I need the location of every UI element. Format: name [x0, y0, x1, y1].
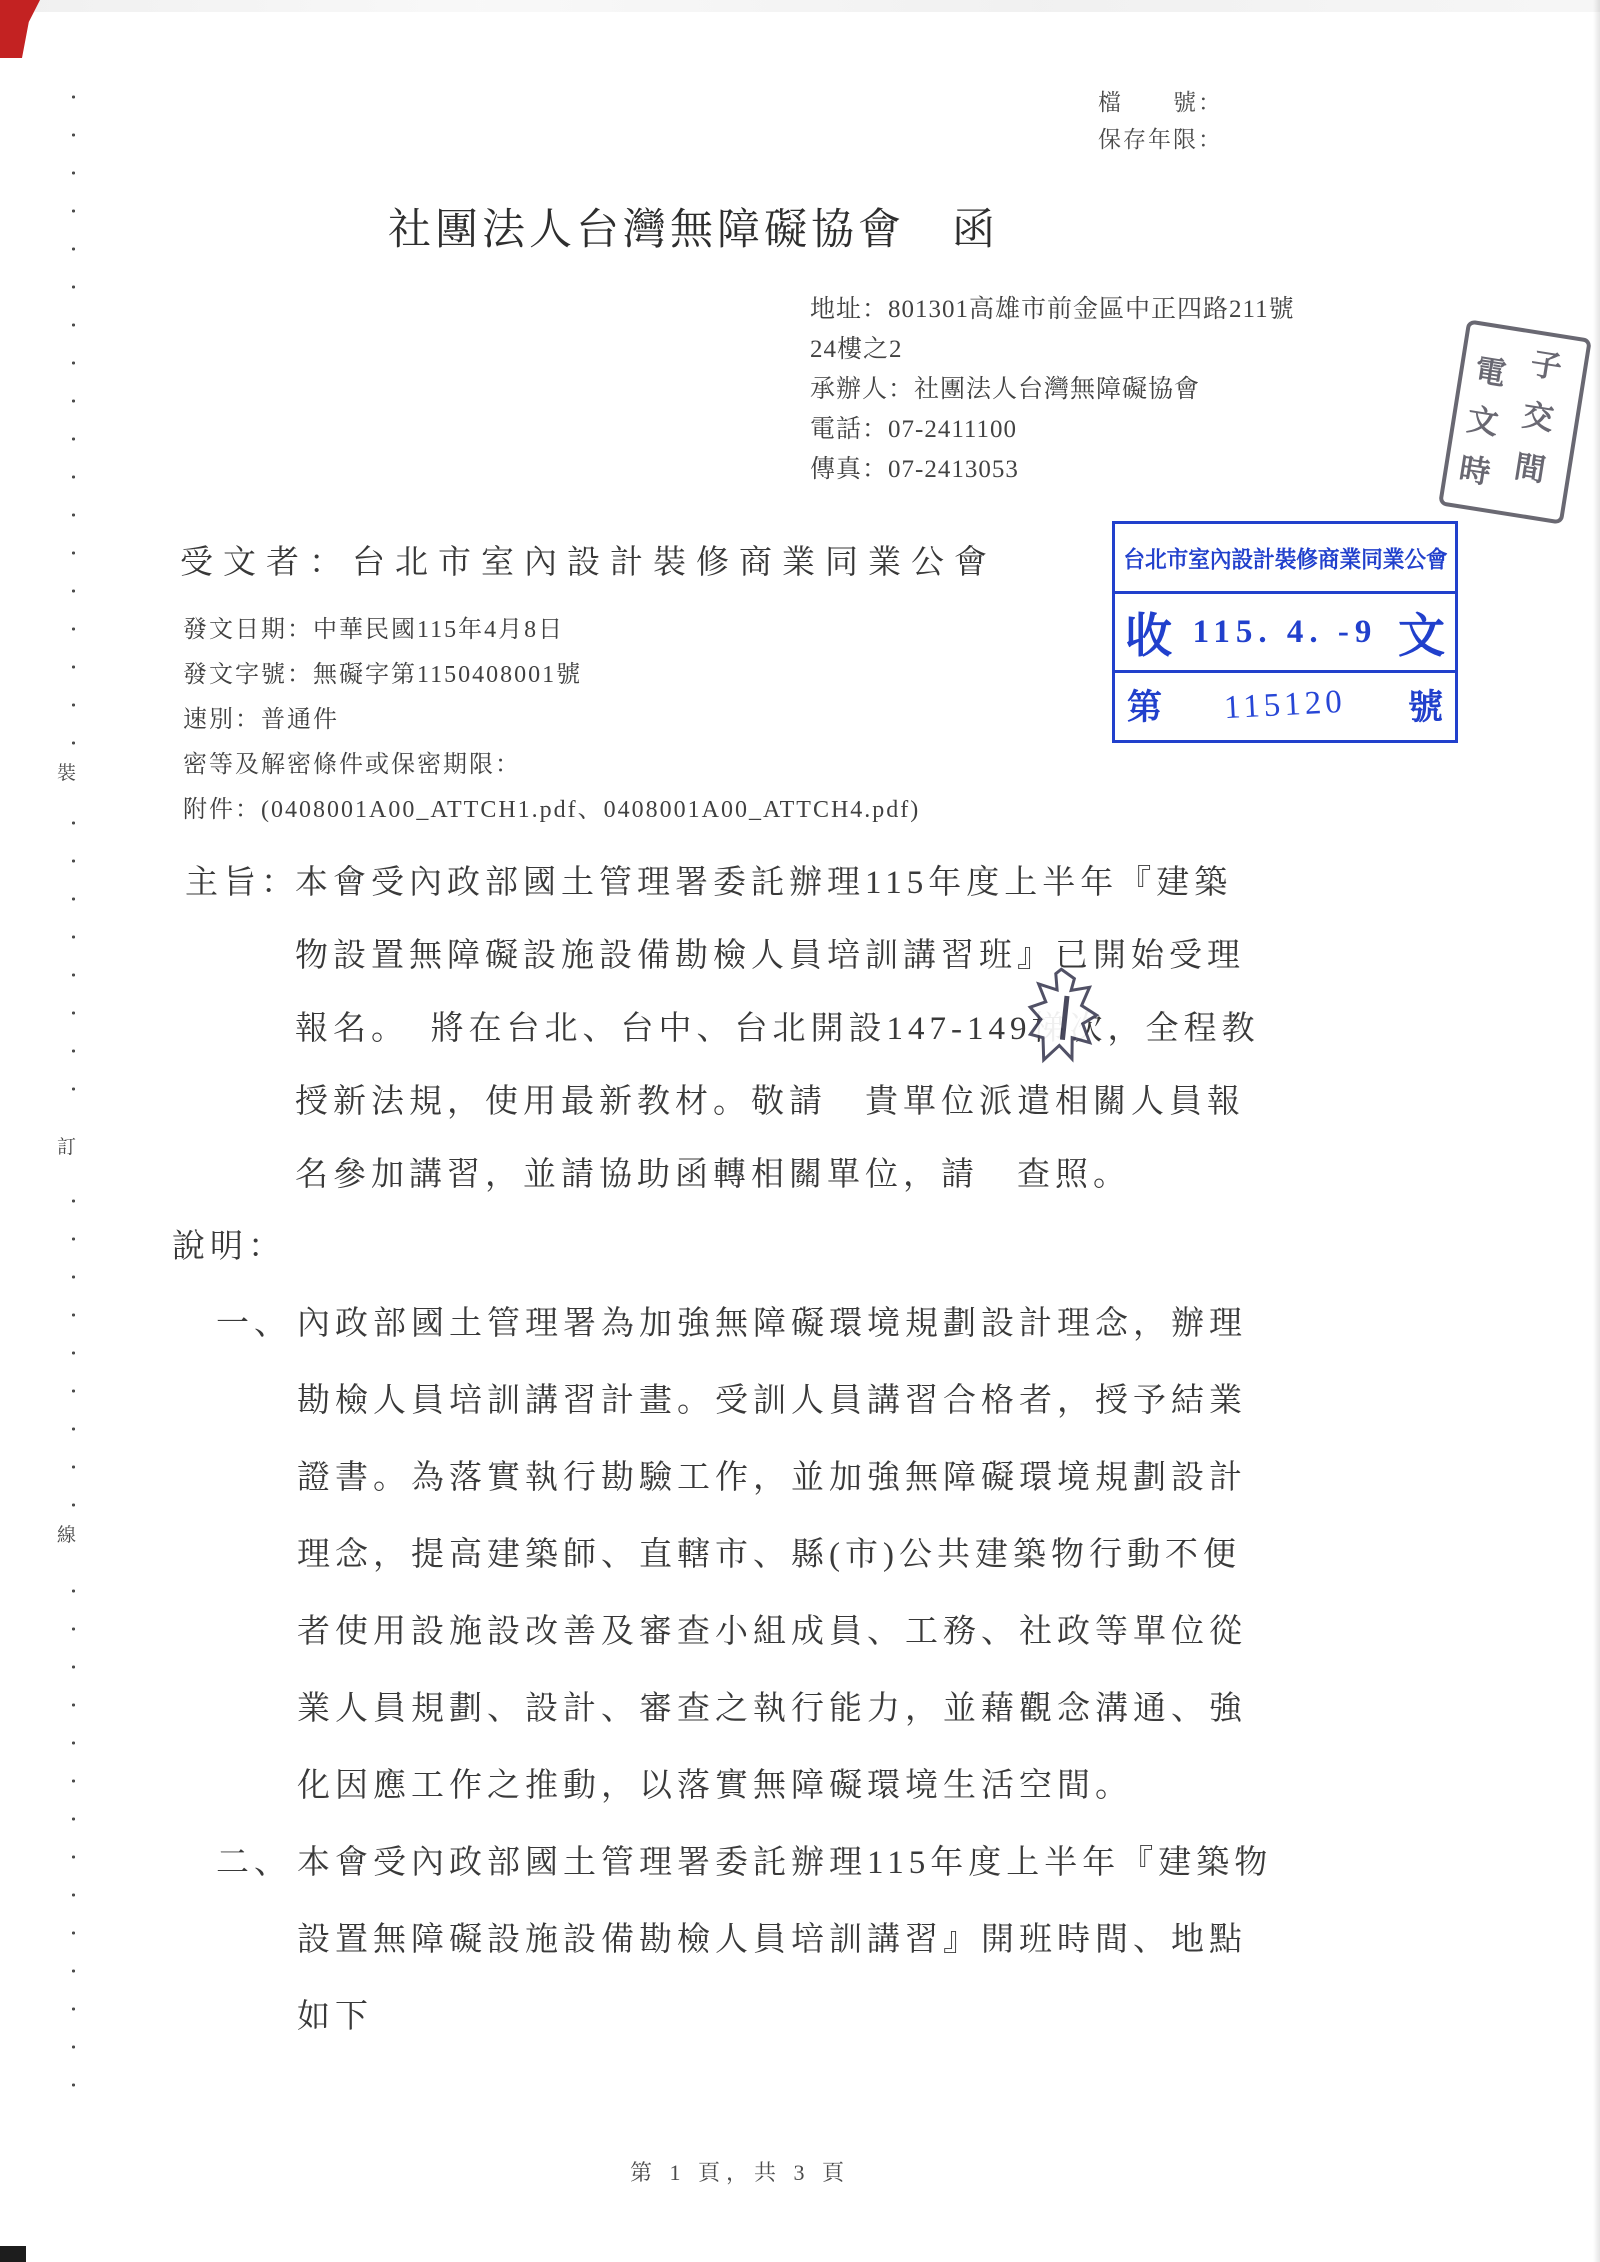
binding-dotted-line-2 — [71, 800, 76, 1124]
received-stamp-receive-char: 收 — [1125, 599, 1172, 666]
binding-dotted-line-4 — [71, 1568, 76, 2098]
explanation-item1-line-4: 理念，提高建築師、直轄市、縣(市)公共建築物行動不便 — [297, 1528, 1241, 1575]
received-stamp: 台北市室內設計裝修商業同業公會 收 115. 4. -9 文 第 115120 … — [1112, 521, 1458, 743]
scanned-official-letter: 檔 號： 保存年限： 社團法人台灣無障礙協會 函 地址：801301高雄市前金區… — [0, 0, 1600, 2262]
explanation-item2-line-3: 如下 — [297, 1990, 373, 2037]
scan-artifact-corner-red — [0, 0, 40, 58]
scan-artifact-top-strip — [0, 0, 1600, 12]
staple-char: 訂 — [57, 1132, 76, 1159]
explanation-item1-line-3: 證書。為落實執行勘驗工作，並加強無障礙環境規劃設計 — [297, 1451, 1247, 1498]
explanation-item2-marker: 二、 — [216, 1836, 292, 1883]
received-stamp-date: 115. 4. -9 — [1193, 614, 1378, 651]
subject-label: 主旨： — [185, 856, 299, 903]
sender-fax: 傳真：07-2413053 — [810, 450, 1295, 490]
received-stamp-doc-char: 文 — [1398, 599, 1445, 666]
binding-dotted-line-3 — [71, 1178, 76, 1512]
received-stamp-date-row: 收 115. 4. -9 文 — [1115, 594, 1455, 673]
received-stamp-number: 115120 — [1223, 683, 1347, 726]
scan-artifact-corner-black — [0, 2246, 26, 2262]
received-stamp-org-row: 台北市室內設計裝修商業同業公會 — [1115, 524, 1455, 594]
subject-line-5: 名參加講習，並請協助函轉相關單位，請 查照。 — [295, 1148, 1131, 1195]
efile-time-stamp: 電 文 時 子 交 間 — [1438, 319, 1592, 524]
subject-line-3: 報名。 將在台北、台中、台北開設147-149梯次，全程教 — [295, 1002, 1260, 1049]
explanation-label: 說明： — [172, 1220, 286, 1267]
explanation-item1-line-6: 業人員規劃、設計、審查之執行能力，並藉觀念溝通、強 — [297, 1682, 1247, 1729]
ink-seal — [1019, 962, 1114, 1078]
explanation-item2-line-2: 設置無障礙設施設備勘檢人員培訓講習』開班時間、地點 — [297, 1913, 1247, 1960]
received-stamp-no-suffix: 號 — [1408, 680, 1443, 730]
security-class-line: 密等及解密條件或保密期限： — [183, 743, 920, 788]
file-number-block: 檔 號： 保存年限： — [1098, 84, 1223, 158]
line-char: 線 — [57, 1520, 76, 1547]
sender-contact-block: 地址：801301高雄市前金區中正四路211號 24樓之2 承辦人：社團法人台灣… — [810, 290, 1295, 490]
retention-period-label: 保存年限： — [1098, 121, 1223, 158]
subject-line-4: 授新法規，使用最新教材。敬請 貴單位派遣相關人員報 — [295, 1075, 1245, 1122]
issue-number-line: 發文字號：無礙字第1150408001號 — [183, 653, 920, 698]
explanation-item1-marker: 一、 — [216, 1297, 292, 1344]
speed-class-line: 速別：普通件 — [183, 698, 920, 743]
issue-date-line: 發文日期：中華民國115年4月8日 — [183, 608, 920, 653]
explanation-item2-line-1: 本會受內政部國土管理署委託辦理115年度上半年『建築物 — [297, 1836, 1272, 1883]
received-stamp-org: 台北市室內設計裝修商業同業公會 — [1123, 541, 1447, 574]
sender-address-line2: 24樓之2 — [810, 330, 1295, 370]
attachment-line: 附件：(0408001A00_ATTCH1.pdf、0408001A00_ATT… — [183, 788, 920, 833]
received-stamp-number-row: 第 115120 號 — [1115, 673, 1455, 737]
document-meta-block: 發文日期：中華民國115年4月8日 發文字號：無礙字第1150408001號 速… — [183, 608, 920, 833]
explanation-item1-line-7: 化因應工作之推動，以落實無障礙環境生活空間。 — [297, 1759, 1133, 1806]
binding-char: 裝 — [57, 758, 76, 785]
explanation-item1-line-2: 勘檢人員培訓講習計畫。受訓人員講習合格者，授予結業 — [297, 1374, 1247, 1421]
efile-stamp-right-column: 子 交 間 — [1509, 338, 1567, 497]
sender-contact-person: 承辦人：社團法人台灣無障礙協會 — [810, 370, 1295, 410]
recipient-line: 受文者：台北市室內設計裝修商業同業公會 — [180, 536, 997, 583]
subject-line-1: 本會受內政部國土管理署委託辦理115年度上半年『建築 — [295, 856, 1232, 903]
efile-stamp-left-column: 電 文 時 — [1454, 345, 1511, 498]
received-stamp-no-prefix: 第 — [1127, 680, 1162, 730]
file-number-label: 檔 號： — [1098, 84, 1223, 121]
explanation-item1-line-5: 者使用設施設改善及審查小組成員、工務、社政等單位從 — [297, 1605, 1247, 1652]
sender-phone: 電話：07-2411100 — [810, 410, 1295, 450]
binding-dotted-line-1 — [71, 74, 76, 746]
explanation-item1-line-1: 內政部國土管理署為加強無障礙環境規劃設計理念，辦理 — [297, 1297, 1247, 1344]
scan-artifact-edge-shadow — [1593, 0, 1600, 2262]
document-title: 社團法人台灣無障礙協會 函 — [388, 196, 999, 257]
sender-address-line1: 地址：801301高雄市前金區中正四路211號 — [810, 290, 1295, 330]
page-number-footer: 第 1 頁，共 3 頁 — [630, 2156, 850, 2187]
